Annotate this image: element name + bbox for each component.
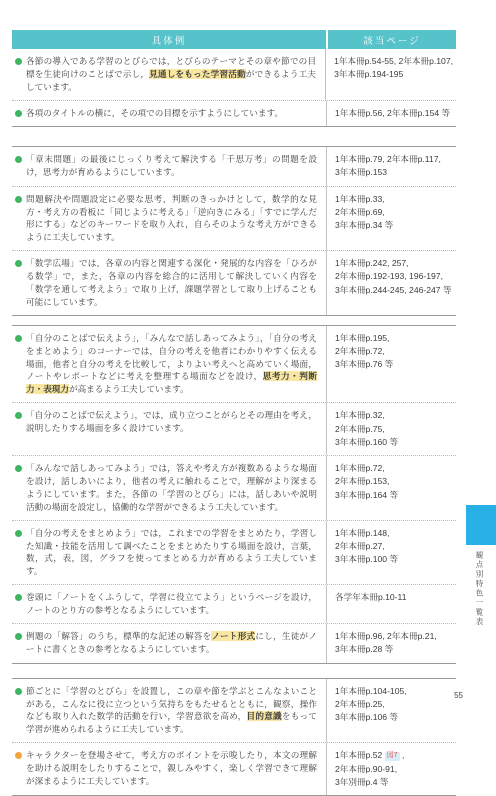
pages-text: 1年本冊p.96, 2年本冊p.21, [335, 631, 437, 641]
bullet-icon [15, 196, 22, 203]
pages-line: 1年本冊p.32, [335, 409, 453, 422]
pages-text: 1年本冊p.72, [335, 463, 385, 473]
pages-cell: 1年本冊p.195,2年本冊p.72,3年本冊p.76 等 [326, 326, 456, 402]
example-cell: 「自分の考えをまとめよう」では，これまでの学習をまとめたり，学習した知識・技能を… [12, 521, 326, 585]
pages-line: 3年本冊p.28 等 [335, 643, 453, 656]
pages-text: 1年本冊p.54-55, 2年本冊p.107, [334, 56, 453, 66]
bullet-icon [15, 156, 22, 163]
pages-cell: 1年本冊p.148,2年本冊p.27,3年本冊p.100 等 [326, 521, 456, 585]
example-text: 各項のタイトルの横に，その項での目標を示すようにしています。 [26, 108, 283, 118]
pages-line: 1年本冊p.54-55, 2年本冊p.107, [334, 55, 453, 68]
highlighted-phrase: 目的意識 [247, 711, 282, 721]
pages-text: 3年本冊p.160 等 [335, 437, 398, 447]
pages-text: 1年本冊p.32, [335, 410, 385, 420]
bullet-icon [15, 412, 22, 419]
pages-text: 3年本冊p.34 等 [335, 220, 393, 230]
pages-cell: 1年本冊p.104-105,2年本冊p.25,3年本冊p.106 等 [326, 679, 456, 743]
pages-text: 3年本冊p.153 [335, 167, 387, 177]
page-number: 55 [454, 691, 463, 700]
pages-text: 1年本冊p.195, [335, 333, 389, 343]
pages-line: 3年本冊p.153 [335, 166, 453, 179]
pages-line: 3年本冊p.160 等 [335, 436, 453, 449]
bullet-icon [15, 688, 22, 695]
pages-line: 2年本冊p.153, [335, 475, 453, 488]
table-row: 各節の導入である学習のとびらでは，とびらのテーマとその章や節での目標を生徒向けの… [12, 49, 456, 100]
table-row: 「章末問題」の最後にじっくり考えて解決する「千思万考」の問題を設け，思考力が育め… [12, 147, 456, 186]
header-examples-label: 具体例 [12, 30, 326, 49]
table-section: 各節の導入である学習のとびらでは，とびらのテーマとその章や節での目標を生徒向けの… [12, 49, 456, 127]
pages-line: 3年本冊p.34 等 [335, 219, 453, 232]
example-text: 「数学広場」では，各章の内容と関連する深化・発展的な内容を「ひろがる数学」で，ま… [26, 258, 317, 307]
pages-line: 各学年本冊p.10-11 [335, 591, 453, 604]
pages-line: 1年本冊p.96, 2年本冊p.21, [335, 630, 453, 643]
table-row: 例題の「解答」のうち，標準的な記述の解答をノート形式にし，生徒がノートに書くとき… [12, 623, 456, 663]
pages-cell: 1年本冊p.79, 2年本冊p.117,3年本冊p.153 [326, 147, 456, 186]
pages-text: 2年本冊p.27, [335, 541, 385, 551]
bullet-icon [15, 594, 22, 601]
pages-text: 3年本冊p.76 等 [335, 359, 393, 369]
pages-text: 各学年本冊p.10-11 [335, 592, 406, 602]
pages-line: 3年本冊p.76 等 [335, 358, 453, 371]
pages-text: 2年本冊p.153, [335, 476, 389, 486]
pages-line: 1年本冊p.52 図7 , [335, 749, 453, 762]
example-cell: 「数学広場」では，各章の内容と関連する深化・発展的な内容を「ひろがる数学」で，ま… [12, 251, 326, 315]
table-row: 節ごとに「学習のとびら」を設置し，この章や節を学ぶとこんなよいことがある，こんな… [12, 679, 456, 743]
table-row: 「自分のことばで伝えよう」，「みんなで話しあってみよう」，「自分の考えをまとめよ… [12, 326, 456, 402]
pages-text: 3年本冊p.28 等 [335, 644, 393, 654]
pages-line: 1年本冊p.148, [335, 527, 453, 540]
pages-text: 1年本冊p.33, [335, 194, 385, 204]
pages-line: 2年本冊p.25, [335, 698, 453, 711]
pages-text: 3年本冊p.244-245, 246-247 等 [335, 285, 452, 295]
table-row: 「自分のことばで伝えよう」，では，成り立つことがらとその理由を考え，説明したりす… [12, 402, 456, 455]
pages-text: , [400, 750, 405, 760]
example-text: 問題解決や問題設定に必要な思考，判断のきっかけとして，数学的な見方・考え方の看板… [26, 194, 317, 243]
pages-cell: 1年本冊p.33,2年本冊p.69,3年本冊p.34 等 [326, 187, 456, 251]
table-row: キャラクターを登場させて，考え方のポイントを示唆したり，本文の理解を助ける説明を… [12, 742, 456, 795]
example-text: が高まるよう工夫しています。 [69, 384, 189, 394]
pages-line: 3年別冊p.4 等 [335, 776, 453, 789]
pages-cell: 1年本冊p.96, 2年本冊p.21,3年本冊p.28 等 [326, 624, 456, 663]
table-section: 「自分のことばで伝えよう」，「みんなで話しあってみよう」，「自分の考えをまとめよ… [12, 325, 456, 664]
pages-line: 2年本冊p.27, [335, 540, 453, 553]
pages-text: 1年本冊p.242, 257, [335, 258, 409, 268]
example-text: 「自分のことばで伝えよう」，では，成り立つことがらとその理由を考え，説明したりす… [26, 410, 317, 433]
bullet-icon [15, 465, 22, 472]
pages-line: 3年本冊p.106 等 [335, 711, 453, 724]
bullet-icon [15, 260, 22, 267]
feature-table: 具体例 該当ページ 各節の導入である学習のとびらでは，とびらのテーマとその章や節… [12, 30, 456, 796]
pages-text: 3年本冊p.164 等 [335, 490, 398, 500]
example-text: 「章末問題」の最後にじっくり考えて解決する「千思万考」の問題を設け，思考力が育め… [26, 154, 317, 177]
section-tab-label: 観点別特色一覧表 [474, 551, 485, 627]
pages-line: 2年本冊p.69, [335, 206, 453, 219]
pages-line: 1年本冊p.104-105, [335, 685, 453, 698]
highlighted-phrase: ノート形式 [211, 631, 255, 641]
pages-line: 1年本冊p.242, 257, [335, 257, 453, 270]
pages-text: 2年本冊p.90-91, [335, 764, 397, 774]
pages-cell: 1年本冊p.52 図7 ,2年本冊p.90-91,3年別冊p.4 等 [326, 743, 456, 795]
pages-text: 1年本冊p.79, 2年本冊p.117, [335, 154, 441, 164]
pages-cell: 1年本冊p.72,2年本冊p.153,3年本冊p.164 等 [326, 456, 456, 520]
figure-badge: 図7 [385, 752, 400, 761]
section-tab [466, 505, 496, 545]
pages-text: 2年本冊p.192-193, 196-197, [335, 271, 443, 281]
table-header: 具体例 該当ページ [12, 30, 456, 49]
pages-line: 2年本冊p.72, [335, 345, 453, 358]
pages-line: 3年本冊p.194-195 [334, 68, 453, 81]
example-cell: 「章末問題」の最後にじっくり考えて解決する「千思万考」の問題を設け，思考力が育め… [12, 147, 326, 186]
pages-line: 3年本冊p.100 等 [335, 553, 453, 566]
pages-line: 2年本冊p.90-91, [335, 763, 453, 776]
example-cell: 「自分のことばで伝えよう」，では，成り立つことがらとその理由を考え，説明したりす… [12, 403, 326, 455]
table-row: 巻頭に「ノートをくふうして，学習に役立てよう」というページを設け，ノートのとり方… [12, 584, 456, 623]
table-row: 「数学広場」では，各章の内容と関連する深化・発展的な内容を「ひろがる数学」で，ま… [12, 250, 456, 315]
example-cell: 問題解決や問題設定に必要な思考，判断のきっかけとして，数学的な見方・考え方の看板… [12, 187, 326, 251]
highlighted-phrase: 見通しをもった学習活動 [149, 69, 246, 79]
pages-text: 3年別冊p.4 等 [335, 777, 389, 787]
pages-text: 2年本冊p.25, [335, 699, 385, 709]
pages-text: 2年本冊p.72, [335, 346, 385, 356]
bullet-icon [15, 58, 22, 65]
pages-text: 3年本冊p.106 等 [335, 712, 398, 722]
pages-line: 1年本冊p.79, 2年本冊p.117, [335, 153, 453, 166]
pages-text: 2年本冊p.69, [335, 207, 385, 217]
table-row: 各項のタイトルの横に，その項での目標を示すようにしています。1年本冊p.56, … [12, 100, 456, 126]
example-cell: 節ごとに「学習のとびら」を設置し，この章や節を学ぶとこんなよいことがある，こんな… [12, 679, 326, 743]
example-text: 「みんなで話しあってみよう」では，答えや考え方が複数あるような場面を設け，話しあ… [26, 463, 317, 512]
pages-cell: 1年本冊p.54-55, 2年本冊p.107,3年本冊p.194-195 [325, 49, 456, 100]
bullet-icon [15, 335, 22, 342]
table-row: 問題解決や問題設定に必要な思考，判断のきっかけとして，数学的な見方・考え方の看板… [12, 186, 456, 251]
bullet-icon [15, 110, 22, 117]
example-cell: キャラクターを登場させて，考え方のポイントを示唆したり，本文の理解を助ける説明を… [12, 743, 326, 795]
pages-line: 2年本冊p.75, [335, 423, 453, 436]
pages-text: 3年本冊p.194-195 [334, 69, 403, 79]
bullet-icon [15, 530, 22, 537]
table-sections: 各節の導入である学習のとびらでは，とびらのテーマとその章や節での目標を生徒向けの… [12, 49, 456, 796]
table-section: 節ごとに「学習のとびら」を設置し，この章や節を学ぶとこんなよいことがある，こんな… [12, 678, 456, 796]
example-text: 例題の「解答」のうち，標準的な記述の解答を [26, 631, 211, 641]
pages-cell: 各学年本冊p.10-11 [326, 585, 456, 623]
example-cell: 巻頭に「ノートをくふうして，学習に役立てよう」というページを設け，ノートのとり方… [12, 585, 326, 623]
bullet-icon [15, 752, 22, 759]
pages-line: 1年本冊p.195, [335, 332, 453, 345]
pages-text: 1年本冊p.56, 2年本冊p.154 等 [335, 108, 450, 118]
bullet-icon [15, 633, 22, 640]
table-row: 「みんなで話しあってみよう」では，答えや考え方が複数あるような場面を設け，話しあ… [12, 455, 456, 520]
pages-text: 1年本冊p.52 [335, 750, 385, 760]
example-text: 巻頭に「ノートをくふうして，学習に役立てよう」というページを設け，ノートのとり方… [26, 592, 317, 615]
pages-cell: 1年本冊p.56, 2年本冊p.154 等 [326, 101, 456, 126]
pages-text: 1年本冊p.104-105, [335, 686, 407, 696]
pages-line: 1年本冊p.33, [335, 193, 453, 206]
pages-line: 3年本冊p.164 等 [335, 489, 453, 502]
table-row: 「自分の考えをまとめよう」では，これまでの学習をまとめたり，学習した知識・技能を… [12, 520, 456, 585]
pages-line: 2年本冊p.192-193, 196-197, [335, 270, 453, 283]
header-pages-label: 該当ページ [328, 30, 456, 49]
example-cell: 各項のタイトルの横に，その項での目標を示すようにしています。 [12, 101, 326, 126]
pages-text: 2年本冊p.75, [335, 424, 385, 434]
example-cell: 各節の導入である学習のとびらでは，とびらのテーマとその章や節での目標を生徒向けの… [12, 49, 325, 100]
pages-line: 3年本冊p.244-245, 246-247 等 [335, 284, 453, 297]
example-cell: 「みんなで話しあってみよう」では，答えや考え方が複数あるような場面を設け，話しあ… [12, 456, 326, 520]
example-cell: 「自分のことばで伝えよう」，「みんなで話しあってみよう」，「自分の考えをまとめよ… [12, 326, 326, 402]
example-text: 「自分の考えをまとめよう」では，これまでの学習をまとめたり，学習した知識・技能を… [26, 528, 317, 577]
pages-cell: 1年本冊p.32,2年本冊p.75,3年本冊p.160 等 [326, 403, 456, 455]
pages-text: 1年本冊p.148, [335, 528, 389, 538]
pages-line: 1年本冊p.72, [335, 462, 453, 475]
pages-cell: 1年本冊p.242, 257,2年本冊p.192-193, 196-197,3年… [326, 251, 456, 315]
table-section: 「章末問題」の最後にじっくり考えて解決する「千思万考」の問題を設け，思考力が育め… [12, 146, 456, 316]
example-cell: 例題の「解答」のうち，標準的な記述の解答をノート形式にし，生徒がノートに書くとき… [12, 624, 326, 663]
example-text: キャラクターを登場させて，考え方のポイントを示唆したり，本文の理解を助ける説明を… [26, 750, 317, 786]
pages-text: 3年本冊p.100 等 [335, 554, 398, 564]
pages-line: 1年本冊p.56, 2年本冊p.154 等 [335, 107, 453, 120]
